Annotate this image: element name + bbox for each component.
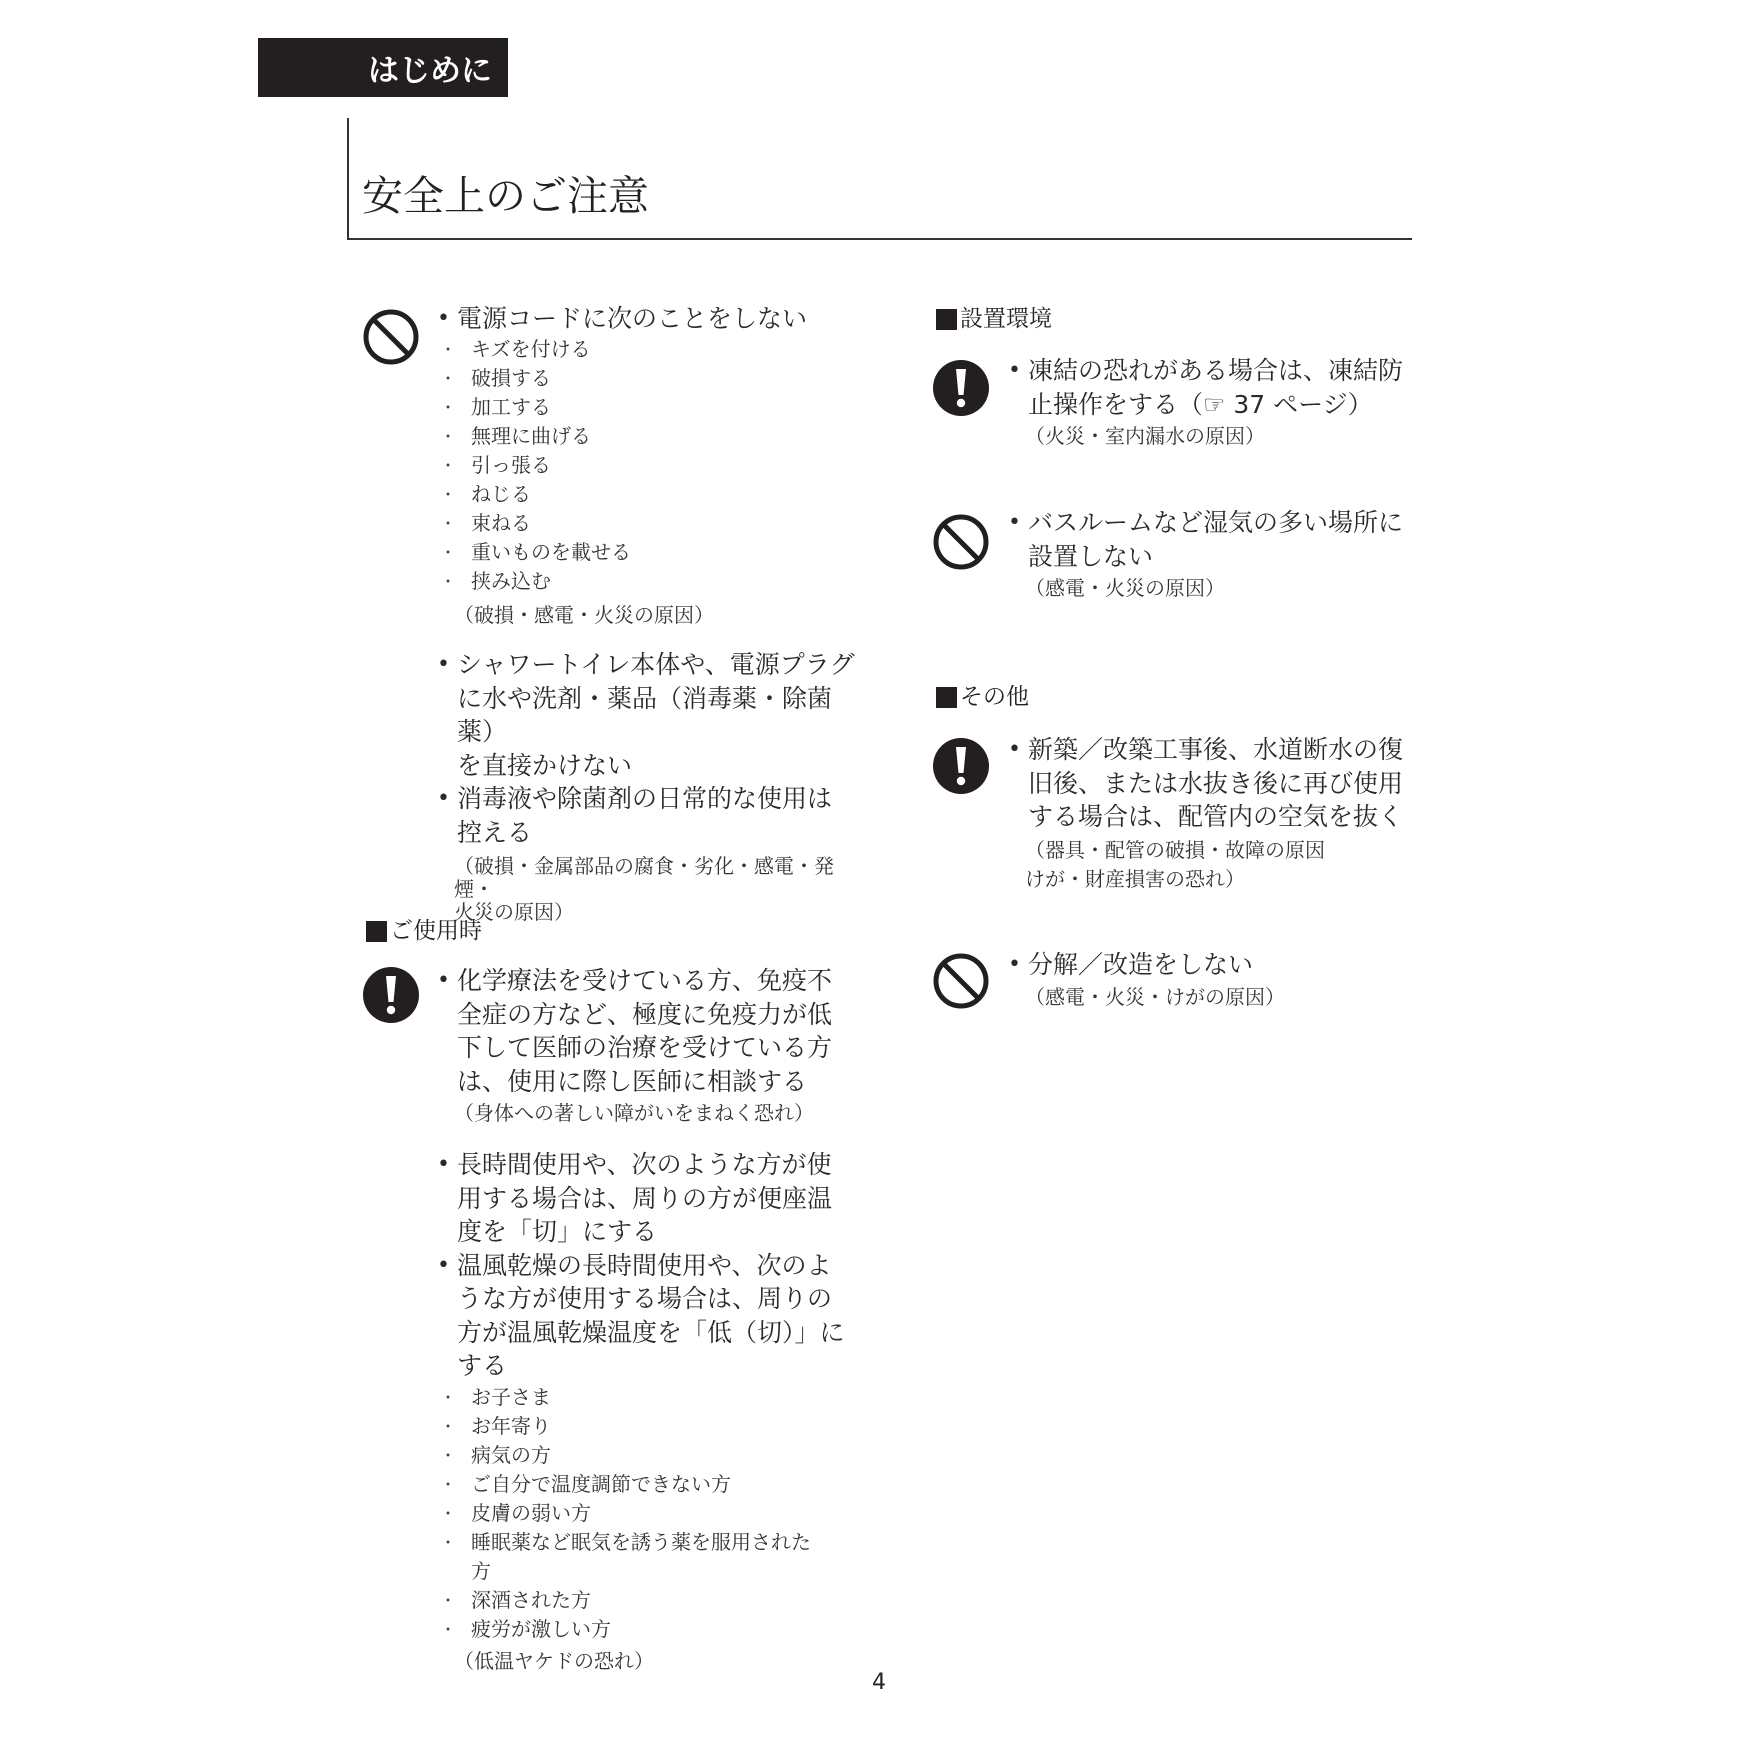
mandatory-action-icon [932, 737, 990, 795]
warning-text-line: 凍結の恐れがある場合は、凍結防 [1028, 356, 1403, 385]
title-frame-vertical-rule [347, 118, 349, 240]
cause-note: （火災・室内漏水の原因） [1008, 423, 1428, 449]
sub-item: ・睡眠薬など眠気を誘う薬を服用された方 [437, 1528, 827, 1586]
cause-note: （器具・配管の破損・故障の原因 けが・財産損害の恐れ） [1008, 836, 1438, 894]
warning-text-line: 消毒液や除菌剤の日常的な使用は [457, 784, 832, 813]
cause-line: けが・財産損害の恐れ） [1025, 867, 1245, 891]
warning-text: • シャワートイレ本体や、電源プラグ に水や洗剤・薬品（消毒薬・除菌薬） を直接… [437, 648, 857, 782]
sub-item: ・お年寄り [437, 1412, 857, 1441]
section-heading-usage: ご使用時 [366, 920, 482, 943]
mandatory-action-icon [932, 359, 990, 417]
warning-item-no-disassembly: • 分解／改造をしない （感電・火災・けがの原因） [1008, 948, 1428, 1010]
warning-text-line: 度を「切」にする [457, 1217, 657, 1246]
square-marker-icon [366, 921, 387, 942]
warning-item-seat-temperature: • 長時間使用や、次のような方が使 用する場合は、周りの方が便座温 度を「切」に… [437, 1148, 857, 1674]
bullet: • [1008, 948, 1021, 982]
chapter-tab-label: はじめに [368, 45, 492, 90]
warning-text-line: は、使用に際し医師に相談する [457, 1067, 807, 1096]
warning-text: • 分解／改造をしない [1008, 948, 1428, 982]
warning-item-humid-location: • バスルームなど湿気の多い場所に 設置しない （感電・火災の原因） [1008, 506, 1428, 601]
sub-item: ・束ねる [437, 509, 837, 538]
warning-text-line: 電源コードに次のことをしない [457, 304, 807, 333]
warning-text-line: バスルームなど湿気の多い場所に [1028, 508, 1403, 537]
section-heading-install: 設置環境 [936, 308, 1052, 331]
warning-text-line: 化学療法を受けている方、免疫不 [457, 966, 832, 995]
warning-text-line: 分解／改造をしない [1028, 950, 1253, 979]
cause-line: （破損・金属部品の腐食・劣化・感電・発煙・ [454, 854, 834, 901]
cause-note: （感電・火災・けがの原因） [1008, 984, 1428, 1010]
warning-text: • 消毒液や除菌剤の日常的な使用は 控える [437, 782, 857, 849]
sub-item-text: 病気の方 [457, 1441, 857, 1470]
warning-item-immunocompromised: • 化学療法を受けている方、免疫不 全症の方など、極度に免疫力が低 下して医師の… [437, 964, 857, 1126]
warning-item-air-bleed: • 新築／改築工事後、水道断水の復 旧後、または水抜き後に再び使用 する場合は、… [1008, 733, 1438, 894]
warning-text-line: を直接かけない [457, 751, 632, 780]
warning-text: • バスルームなど湿気の多い場所に 設置しない [1008, 506, 1428, 573]
sub-item: ・挟み込む [437, 567, 837, 596]
prohibition-icon [362, 308, 420, 366]
sub-item-text: 束ねる [457, 509, 837, 538]
page-title: 安全上のご注意 [362, 176, 649, 217]
sub-item: ・重いものを載せる [437, 538, 837, 567]
title-frame-horizontal-rule [347, 238, 1412, 240]
warning-text-line: する [457, 1351, 507, 1380]
warning-text-line: 下して医師の治療を受けている方 [457, 1033, 832, 1062]
sub-item-text: 睡眠薬など眠気を誘う薬を服用された方 [457, 1528, 827, 1586]
sub-item: ・皮膚の弱い方 [437, 1499, 857, 1528]
warning-text-line: 方が温風乾燥温度を「低（切）」に [457, 1318, 845, 1347]
sub-item: ・疲労が激しい方 [437, 1615, 857, 1644]
bullet: • [437, 964, 450, 998]
cause-note: （身体への著しい障がいをまねく恐れ） [437, 1100, 857, 1126]
sub-item-text: ねじる [457, 480, 837, 509]
bullet: • [437, 1249, 450, 1283]
sub-item: ・深酒された方 [437, 1586, 857, 1615]
section-heading-other: その他 [936, 686, 1029, 709]
sub-item-text: 無理に曲げる [457, 422, 837, 451]
sub-item: ・ご自分で温度調節できない方 [437, 1470, 857, 1499]
cause-note: （破損・金属部品の腐食・劣化・感電・発煙・ 火災の原因） [437, 855, 857, 924]
bullet: • [1008, 733, 1021, 767]
warning-item-freeze-protection: • 凍結の恐れがある場合は、凍結防 止操作をする（☞ 37 ページ） （火災・室… [1008, 354, 1428, 449]
sub-item-text: お年寄り [457, 1412, 857, 1441]
sub-item-text: 重いものを載せる [457, 538, 837, 567]
page-number: 4 [872, 1670, 886, 1695]
warning-text: • 長時間使用や、次のような方が使 用する場合は、周りの方が便座温 度を「切」に… [437, 1148, 857, 1249]
bullet: • [437, 1148, 450, 1182]
section-heading-text: 設置環境 [960, 308, 1052, 331]
sub-item-text: 皮膚の弱い方 [457, 1499, 857, 1528]
warning-text-line: シャワートイレ本体や、電源プラグ [457, 650, 855, 679]
sub-item: ・無理に曲げる [437, 422, 837, 451]
warning-text: • 化学療法を受けている方、免疫不 全症の方など、極度に免疫力が低 下して医師の… [437, 964, 857, 1098]
bullet: • [437, 648, 450, 682]
sub-item: ・ねじる [437, 480, 837, 509]
warning-text: • 凍結の恐れがある場合は、凍結防 止操作をする（☞ 37 ページ） [1008, 354, 1428, 421]
warning-text: • 電源コードに次のことをしない [437, 302, 837, 336]
warning-text-line: 止操作をする（☞ 37 ページ） [1028, 390, 1373, 419]
sub-item-text: キズを付ける [457, 335, 837, 364]
sub-item-text: 疲労が激しい方 [457, 1615, 857, 1644]
cause-note: （破損・感電・火災の原因） [437, 602, 837, 628]
sub-item-text: お子さま [457, 1383, 857, 1412]
cause-line: （器具・配管の破損・故障の原因 [1025, 838, 1325, 862]
sub-item-text: 深酒された方 [457, 1586, 857, 1615]
square-marker-icon [936, 309, 957, 330]
warning-text-line: 全症の方など、極度に免疫力が低 [457, 1000, 832, 1029]
sub-item: ・キズを付ける [437, 335, 837, 364]
sub-item-text: 破損する [457, 364, 837, 393]
warning-text-line: 新築／改築工事後、水道断水の復 [1028, 735, 1403, 764]
section-heading-text: ご使用時 [390, 920, 482, 943]
warning-text-line: する場合は、配管内の空気を抜く [1028, 802, 1403, 831]
warning-text-line: 用する場合は、周りの方が便座温 [457, 1184, 832, 1213]
sub-item: ・破損する [437, 364, 837, 393]
sub-item: ・お子さま [437, 1383, 857, 1412]
sub-item: ・加工する [437, 393, 837, 422]
warning-text-line: 温風乾燥の長時間使用や、次のよ [457, 1251, 832, 1280]
sub-item-text: ご自分で温度調節できない方 [457, 1470, 857, 1499]
sub-item: ・病気の方 [437, 1441, 857, 1470]
warning-text-line: うな方が使用する場合は、周りの [457, 1284, 832, 1313]
cause-note: （低温ヤケドの恐れ） [437, 1648, 857, 1674]
warning-text-line: 控える [457, 818, 532, 847]
square-marker-icon [936, 687, 957, 708]
bullet: • [437, 782, 450, 816]
warning-text-line: 旧後、または水抜き後に再び使用 [1028, 769, 1403, 798]
warning-text: • 温風乾燥の長時間使用や、次のよ うな方が使用する場合は、周りの 方が温風乾燥… [437, 1249, 857, 1383]
bullet: • [1008, 354, 1021, 388]
section-heading-text: その他 [960, 686, 1029, 709]
bullet: • [437, 302, 450, 336]
sub-item-text: 引っ張る [457, 451, 837, 480]
warning-text-line: 長時間使用や、次のような方が使 [457, 1150, 832, 1179]
warning-text: • 新築／改築工事後、水道断水の復 旧後、または水抜き後に再び使用 する場合は、… [1008, 733, 1438, 834]
warning-text-line: に水や洗剤・薬品（消毒薬・除菌薬） [457, 684, 832, 747]
chapter-tab: はじめに [258, 38, 508, 97]
sub-item-text: 挟み込む [457, 567, 837, 596]
warning-item-power-cord: • 電源コードに次のことをしない ・キズを付ける ・破損する ・加工する ・無理… [437, 302, 837, 628]
bullet: • [1008, 506, 1021, 540]
cause-note: （感電・火災の原因） [1008, 575, 1428, 601]
warning-item-no-water: • シャワートイレ本体や、電源プラグ に水や洗剤・薬品（消毒薬・除菌薬） を直接… [437, 648, 857, 924]
sub-item-text: 加工する [457, 393, 837, 422]
prohibition-icon [932, 513, 990, 571]
prohibition-icon [932, 952, 990, 1010]
warning-text-line: 設置しない [1028, 542, 1153, 571]
mandatory-action-icon [362, 966, 420, 1024]
sub-item: ・引っ張る [437, 451, 837, 480]
